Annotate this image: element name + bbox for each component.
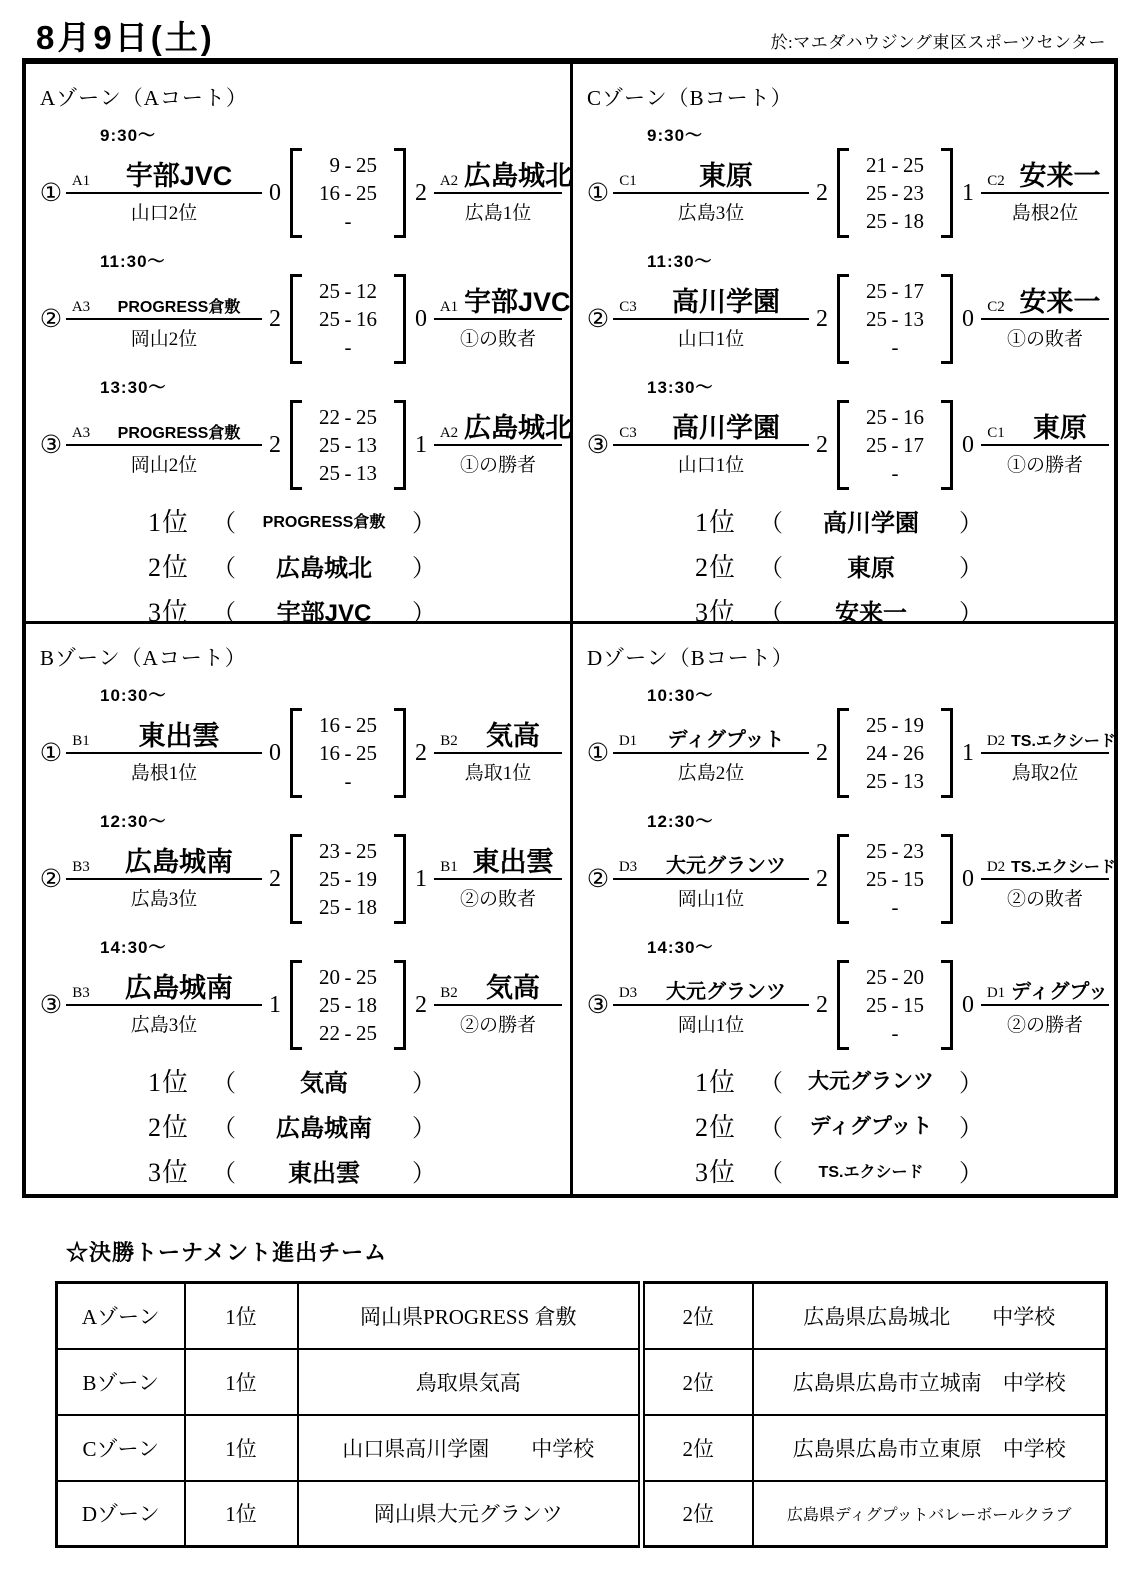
match-score-left: 2 xyxy=(809,180,835,207)
team-qualifier: ②の敗者 xyxy=(434,880,562,909)
set-score-dash: - xyxy=(340,865,356,893)
team-qualifier: 山口1位 xyxy=(613,446,809,475)
team-name: 高川学園 xyxy=(643,415,809,442)
set-score-right: 25 xyxy=(356,711,386,739)
set-score-right: 25 xyxy=(356,1019,386,1047)
match-row: ①B1東出雲島根1位016-2516-25-2B2気高鳥取1位 xyxy=(36,708,564,798)
match-number: ③ xyxy=(583,990,613,1020)
standing-rank: 2位 xyxy=(148,1107,212,1144)
set-score-right: 25 xyxy=(356,151,386,179)
set-score-left: 22 xyxy=(310,1019,340,1047)
paren-open-icon: （ xyxy=(212,1153,236,1188)
set-score-left: 25 xyxy=(857,837,887,865)
bracket-left-icon xyxy=(290,274,302,364)
set-score-left: 25 xyxy=(857,305,887,333)
team-code: D2 xyxy=(981,859,1011,876)
set-row: 25-13 xyxy=(857,767,933,795)
bracket-right-icon xyxy=(394,148,406,238)
standing-row: 1位（高川学園） xyxy=(695,502,1108,538)
set-row: 20-25 xyxy=(310,963,386,991)
set-score-left: 22 xyxy=(310,403,340,431)
team-name: 大元グランツ xyxy=(643,856,809,876)
match-number: ① xyxy=(583,738,613,768)
team-right: A2広島城北①の勝者 xyxy=(434,409,562,475)
paren-open-icon: （ xyxy=(759,593,783,622)
set-score-dash: - xyxy=(887,403,903,431)
standing-rank: 1位 xyxy=(148,502,212,539)
zone-panel-d: Dゾーン（Bコート）10:30～①D1ディグプット広島2位225-1924-26… xyxy=(570,621,1114,1194)
zone-title: Bゾーン（Aコート） xyxy=(40,642,564,672)
set-score-dash: - xyxy=(340,277,356,305)
team-underline: C2安来一 xyxy=(981,283,1109,320)
bracket-right-icon xyxy=(941,274,953,364)
set-score-right: 13 xyxy=(903,767,933,795)
match-score-left: 0 xyxy=(262,740,288,767)
set-score-dash: - xyxy=(340,305,356,333)
standing-row: 3位（東出雲） xyxy=(148,1152,564,1188)
match-score-left: 2 xyxy=(809,992,835,1019)
match-score-right: 0 xyxy=(408,306,434,333)
match-score-left: 0 xyxy=(262,180,288,207)
team-left: A1宇部JVC山口2位 xyxy=(66,157,262,223)
team-qualifier: ①の敗者 xyxy=(434,320,562,349)
team-left: A3PROGRESS倉敷岡山2位 xyxy=(66,283,262,349)
match-row: ②C3高川学園山口1位225-1725-13-0C2安来一①の敗者 xyxy=(583,274,1108,364)
paren-open-icon: （ xyxy=(759,1153,783,1188)
set-score-left: 16 xyxy=(310,711,340,739)
standing-row: 1位（大元グランツ） xyxy=(695,1062,1108,1098)
team-code: A2 xyxy=(434,425,464,442)
set-score-dash: - xyxy=(887,431,903,459)
paren-close-icon: ） xyxy=(959,1108,983,1143)
team-right: C2安来一島根2位 xyxy=(981,157,1109,223)
set-score-left: 25 xyxy=(857,431,887,459)
match-row: ②A3PROGRESS倉敷岡山2位225-1225-16-0A1宇部JVC①の敗… xyxy=(36,274,564,364)
match: 10:30～①B1東出雲島根1位016-2516-25-2B2気高鳥取1位 xyxy=(36,681,564,798)
zones-grid: Aゾーン（Aコート）9:30～①A1宇部JVC山口2位09-2516-25-2A… xyxy=(22,58,1118,1198)
paren-close-icon: ） xyxy=(959,1153,983,1188)
standing-rank: 1位 xyxy=(148,1062,212,1099)
bracket-left-icon xyxy=(837,274,849,364)
set-score-dash: - xyxy=(887,739,903,767)
team-name: ディグプット xyxy=(1011,982,1114,1002)
team-qualifier: 鳥取2位 xyxy=(981,754,1109,783)
team-right: A1宇部JVC①の敗者 xyxy=(434,283,562,349)
set-rows: 25-1924-2625-13 xyxy=(849,708,941,798)
match-row: ①C1東原広島3位221-2525-2325-181C2安来一島根2位 xyxy=(583,148,1108,238)
bracket-left-icon xyxy=(837,400,849,490)
qualifier-team2: 広島県広島城北 中学校 xyxy=(753,1283,1107,1349)
zone-title: Dゾーン（Bコート） xyxy=(587,642,1108,672)
qualifier-row-c: Cゾーン 1位 山口県高川学園 中学校 2位 広島県広島市立東原 中学校 xyxy=(57,1415,1107,1481)
match-score-right: 2 xyxy=(408,740,434,767)
team-code: C3 xyxy=(613,299,643,316)
set-score-dash: - xyxy=(340,431,356,459)
standing-row: 2位（広島城北） xyxy=(148,547,564,583)
set-score-left: 25 xyxy=(310,431,340,459)
set-score-dash: - xyxy=(340,1019,356,1047)
match-score-right: 0 xyxy=(955,866,981,893)
set-scores: 25-2325-15- xyxy=(837,834,953,924)
qualifier-rank1: 1位 xyxy=(185,1283,298,1349)
team-underline: A3PROGRESS倉敷 xyxy=(66,409,262,446)
set-rows: 25-1725-13- xyxy=(849,274,941,364)
set-score-right: 18 xyxy=(903,207,933,235)
set-row: 25-23 xyxy=(857,179,933,207)
zone-panel-a: Aゾーン（Aコート）9:30～①A1宇部JVC山口2位09-2516-25-2A… xyxy=(26,64,570,621)
match-row: ②D3大元グランツ岡山1位225-2325-15-0D2TS.エクシード②の敗者 xyxy=(583,834,1108,924)
match-time: 14:30～ xyxy=(100,933,564,958)
set-score-right: 26 xyxy=(903,739,933,767)
team-qualifier: 島根1位 xyxy=(66,754,262,783)
paren-close-icon: ） xyxy=(959,503,983,538)
team-code: D1 xyxy=(981,985,1011,1002)
match-number: ③ xyxy=(583,430,613,460)
set-scores: 22-2525-1325-13 xyxy=(290,400,406,490)
set-score-dash: - xyxy=(887,207,903,235)
qualifier-zone: Dゾーン xyxy=(57,1481,185,1547)
team-qualifier: 島根2位 xyxy=(981,194,1109,223)
team-underline: B2気高 xyxy=(434,717,562,754)
set-score-dash: - xyxy=(340,333,356,361)
match-number: ② xyxy=(583,864,613,894)
set-score-dash: - xyxy=(887,277,903,305)
set-score-right: 23 xyxy=(903,179,933,207)
set-row: 25-16 xyxy=(857,403,933,431)
team-right: D2TS.エクシード②の敗者 xyxy=(981,843,1109,909)
set-score-left xyxy=(310,333,340,361)
qualifier-rank1: 1位 xyxy=(185,1415,298,1481)
paren-close-icon: ） xyxy=(959,593,983,622)
set-score-right: 25 xyxy=(356,739,386,767)
paren-open-icon: （ xyxy=(212,503,236,538)
team-name: 気高 xyxy=(464,723,562,750)
set-score-dash: - xyxy=(887,991,903,1019)
team-name: 東出雲 xyxy=(96,723,262,750)
team-left: D3大元グランツ岡山1位 xyxy=(613,843,809,909)
team-code: B3 xyxy=(66,859,96,876)
team-right: D1ディグプット②の勝者 xyxy=(981,969,1109,1035)
qualifier-team2: 広島県広島市立城南 中学校 xyxy=(753,1349,1107,1415)
set-rows: 21-2525-2325-18 xyxy=(849,148,941,238)
standing-team: 広島城南 xyxy=(236,1108,412,1143)
set-score-dash: - xyxy=(887,151,903,179)
set-score-dash: - xyxy=(887,459,903,487)
set-score-right xyxy=(903,459,933,487)
bracket-right-icon xyxy=(941,708,953,798)
team-underline: C3高川学園 xyxy=(613,283,809,320)
qualifiers-table: Aゾーン 1位 岡山県PROGRESS 倉敷 2位 広島県広島城北 中学校 Bゾ… xyxy=(55,1281,1108,1548)
zone-standings: 1位（気高）2位（広島城南）3位（東出雲） xyxy=(36,1062,564,1188)
team-underline: D2TS.エクシード xyxy=(981,843,1109,880)
team-underline: D1ディグプット xyxy=(613,717,809,754)
team-name: 東原 xyxy=(1011,415,1109,442)
set-row: 25-13 xyxy=(310,431,386,459)
team-right: C1東原①の勝者 xyxy=(981,409,1109,475)
qualifier-row-b: Bゾーン 1位 鳥取県気高 2位 広島県広島市立城南 中学校 xyxy=(57,1349,1107,1415)
paren-close-icon: ） xyxy=(412,1063,436,1098)
set-score-dash: - xyxy=(887,837,903,865)
team-name: 気高 xyxy=(464,975,562,1002)
set-score-right: 18 xyxy=(356,991,386,1019)
match-row: ③A3PROGRESS倉敷岡山2位222-2525-1325-131A2広島城北… xyxy=(36,400,564,490)
match-time: 9:30～ xyxy=(647,121,1108,146)
set-scores: 25-2025-15- xyxy=(837,960,953,1050)
team-left: B1東出雲島根1位 xyxy=(66,717,262,783)
paren-open-icon: （ xyxy=(759,503,783,538)
team-code: C2 xyxy=(981,173,1011,190)
set-score-left xyxy=(857,459,887,487)
bracket-right-icon xyxy=(394,834,406,924)
team-code: B2 xyxy=(434,733,464,750)
match: 13:30～③C3高川学園山口1位225-1625-17-0C1東原①の勝者 xyxy=(583,373,1108,490)
team-qualifier: 山口1位 xyxy=(613,320,809,349)
set-rows: 25-1225-16- xyxy=(302,274,394,364)
set-score-dash: - xyxy=(340,767,356,795)
set-score-left: 25 xyxy=(310,305,340,333)
team-name: 宇部JVC xyxy=(96,163,262,190)
team-underline: B3広島城南 xyxy=(66,969,262,1006)
set-score-left: 9 xyxy=(310,151,340,179)
set-score-left: 23 xyxy=(310,837,340,865)
standing-team: 広島城北 xyxy=(236,548,412,583)
team-qualifier: ①の敗者 xyxy=(981,320,1109,349)
set-rows: 25-1625-17- xyxy=(849,400,941,490)
match-time: 12:30～ xyxy=(647,807,1108,832)
set-score-dash: - xyxy=(887,305,903,333)
set-score-right xyxy=(356,333,386,361)
team-underline: A3PROGRESS倉敷 xyxy=(66,283,262,320)
team-name: TS.エクシード xyxy=(1011,734,1114,750)
standing-team: 安来一 xyxy=(783,593,959,622)
team-underline: A1宇部JVC xyxy=(66,157,262,194)
zone-standings: 1位（大元グランツ）2位（ディグプット）3位（TS.エクシード） xyxy=(583,1062,1108,1188)
set-score-left xyxy=(857,893,887,921)
standing-team: ディグプット xyxy=(783,1110,959,1140)
set-score-dash: - xyxy=(887,1019,903,1047)
standing-team: PROGRESS倉敷 xyxy=(236,509,412,532)
set-score-left: 25 xyxy=(857,767,887,795)
team-right: A2広島城北広島1位 xyxy=(434,157,562,223)
team-underline: A2広島城北 xyxy=(434,157,562,194)
team-right: D2TS.エクシード鳥取2位 xyxy=(981,717,1109,783)
set-rows: 16-2516-25- xyxy=(302,708,394,798)
match-time: 11:30～ xyxy=(100,247,564,272)
zone-standings: 1位（高川学園）2位（東原）3位（安来一） xyxy=(583,502,1108,621)
standing-rank: 1位 xyxy=(695,1062,759,1099)
qualifier-team1: 岡山県大元グランツ xyxy=(298,1481,642,1547)
standing-row: 1位（PROGRESS倉敷） xyxy=(148,502,564,538)
set-score-left: 16 xyxy=(310,739,340,767)
team-underline: B3広島城南 xyxy=(66,843,262,880)
match-row: ③C3高川学園山口1位225-1625-17-0C1東原①の勝者 xyxy=(583,400,1108,490)
team-name: PROGRESS倉敷 xyxy=(96,426,262,442)
set-score-right: 17 xyxy=(903,431,933,459)
match: 14:30～③B3広島城南広島3位120-2525-1822-252B2気高②の… xyxy=(36,933,564,1050)
qualifier-team2: 広島県広島市立東原 中学校 xyxy=(753,1415,1107,1481)
qualifier-team1: 山口県高川学園 中学校 xyxy=(298,1415,642,1481)
team-name: 高川学園 xyxy=(643,289,809,316)
set-score-right xyxy=(903,333,933,361)
set-score-right xyxy=(356,767,386,795)
set-score-left xyxy=(310,207,340,235)
team-qualifier: 岡山2位 xyxy=(66,446,262,475)
set-score-right: 16 xyxy=(903,403,933,431)
set-score-right: 25 xyxy=(356,403,386,431)
match-number: ③ xyxy=(36,430,66,460)
team-underline: D3大元グランツ xyxy=(613,969,809,1006)
zone-panel-c: Cゾーン（Bコート）9:30～①C1東原広島3位221-2525-2325-18… xyxy=(570,64,1114,621)
team-underline: C1東原 xyxy=(613,157,809,194)
match-score-right: 1 xyxy=(955,740,981,767)
team-left: C3高川学園山口1位 xyxy=(613,409,809,475)
team-code: A2 xyxy=(434,173,464,190)
set-scores: 25-1924-2625-13 xyxy=(837,708,953,798)
match: 11:30～②A3PROGRESS倉敷岡山2位225-1225-16-0A1宇部… xyxy=(36,247,564,364)
set-row: - xyxy=(310,333,386,361)
team-qualifier: 山口2位 xyxy=(66,194,262,223)
team-qualifier: 広島3位 xyxy=(66,880,262,909)
set-score-left: 25 xyxy=(310,865,340,893)
qualifier-zone: Cゾーン xyxy=(57,1415,185,1481)
match-time: 10:30～ xyxy=(647,681,1108,706)
match: 10:30～①D1ディグプット広島2位225-1924-2625-131D2TS… xyxy=(583,681,1108,798)
set-score-dash: - xyxy=(887,711,903,739)
match-number: ② xyxy=(36,864,66,894)
standing-row: 1位（気高） xyxy=(148,1062,564,1098)
bracket-left-icon xyxy=(837,148,849,238)
team-underline: D3大元グランツ xyxy=(613,843,809,880)
team-name: TS.エクシード xyxy=(1011,860,1114,876)
match-score-right: 0 xyxy=(955,432,981,459)
qualifier-rank1: 1位 xyxy=(185,1481,298,1547)
team-name: 広島城南 xyxy=(96,975,262,1002)
set-score-dash: - xyxy=(340,963,356,991)
set-score-left: 25 xyxy=(857,963,887,991)
standing-team: TS.エクシード xyxy=(783,1159,959,1182)
set-score-dash: - xyxy=(340,893,356,921)
set-score-dash: - xyxy=(887,179,903,207)
set-score-dash: - xyxy=(340,403,356,431)
set-score-dash: - xyxy=(340,739,356,767)
match-score-left: 2 xyxy=(262,306,288,333)
team-underline: C2安来一 xyxy=(981,157,1109,194)
set-score-right: 20 xyxy=(903,963,933,991)
set-score-left: 25 xyxy=(310,459,340,487)
team-name: 大元グランツ xyxy=(643,982,809,1002)
set-score-left: 25 xyxy=(857,277,887,305)
standing-rank: 2位 xyxy=(695,1107,759,1144)
set-row: 9-25 xyxy=(310,151,386,179)
team-qualifier: 広島2位 xyxy=(613,754,809,783)
set-row: 25-18 xyxy=(310,893,386,921)
qualifiers-title: ☆決勝トーナメント進出チーム xyxy=(66,1236,1140,1267)
set-row: 25-17 xyxy=(857,277,933,305)
paren-open-icon: （ xyxy=(759,1108,783,1143)
set-row: 22-25 xyxy=(310,1019,386,1047)
set-rows: 25-2325-15- xyxy=(849,834,941,924)
team-code: A1 xyxy=(66,173,96,190)
set-row: 21-25 xyxy=(857,151,933,179)
set-score-right: 13 xyxy=(356,431,386,459)
team-right: B1東出雲②の敗者 xyxy=(434,843,562,909)
standing-row: 3位（宇部JVC） xyxy=(148,592,564,621)
set-row: 25-13 xyxy=(857,305,933,333)
paren-open-icon: （ xyxy=(759,1063,783,1098)
team-qualifier: ②の勝者 xyxy=(981,1006,1109,1035)
set-score-left: 24 xyxy=(857,739,887,767)
paren-close-icon: ） xyxy=(412,548,436,583)
set-score-right xyxy=(903,1019,933,1047)
match-number: ① xyxy=(36,178,66,208)
set-score-left: 20 xyxy=(310,963,340,991)
qualifier-rank2: 2位 xyxy=(642,1283,753,1349)
team-underline: A2広島城北 xyxy=(434,409,562,446)
team-name: PROGRESS倉敷 xyxy=(96,300,262,316)
set-scores: 23-2525-1925-18 xyxy=(290,834,406,924)
set-score-right: 19 xyxy=(903,711,933,739)
team-code: C1 xyxy=(613,173,643,190)
match-score-right: 0 xyxy=(955,992,981,1019)
qualifier-rank2: 2位 xyxy=(642,1481,753,1547)
team-left: C3高川学園山口1位 xyxy=(613,283,809,349)
bracket-left-icon xyxy=(837,708,849,798)
set-score-left: 25 xyxy=(857,865,887,893)
match: 12:30～②B3広島城南広島3位223-2525-1925-181B1東出雲②… xyxy=(36,807,564,924)
set-rows: 22-2525-1325-13 xyxy=(302,400,394,490)
set-score-left: 25 xyxy=(310,991,340,1019)
set-row: 25-23 xyxy=(857,837,933,865)
team-name: ディグプット xyxy=(643,730,809,750)
qualifier-team2: 広島県ディグプットバレーボールクラブ xyxy=(753,1481,1107,1547)
set-score-dash: - xyxy=(340,207,356,235)
set-row: 25-15 xyxy=(857,991,933,1019)
team-left: B3広島城南広島3位 xyxy=(66,969,262,1035)
match-score-left: 2 xyxy=(262,866,288,893)
team-qualifier: 岡山1位 xyxy=(613,880,809,909)
team-code: D1 xyxy=(613,733,643,750)
paren-open-icon: （ xyxy=(212,1063,236,1098)
zone-title: Aゾーン（Aコート） xyxy=(40,82,564,112)
team-code: C2 xyxy=(981,299,1011,316)
team-qualifier: 岡山2位 xyxy=(66,320,262,349)
set-score-dash: - xyxy=(340,991,356,1019)
match-score-left: 2 xyxy=(809,740,835,767)
match: 14:30～③D3大元グランツ岡山1位225-2025-15-0D1ディグプット… xyxy=(583,933,1108,1050)
set-row: 16-25 xyxy=(310,711,386,739)
standing-rank: 3位 xyxy=(695,592,759,622)
paren-open-icon: （ xyxy=(212,548,236,583)
set-score-right: 23 xyxy=(903,837,933,865)
set-score-right: 15 xyxy=(903,991,933,1019)
set-score-right: 25 xyxy=(356,179,386,207)
match-score-right: 0 xyxy=(955,306,981,333)
set-score-right xyxy=(903,893,933,921)
match-time: 9:30～ xyxy=(100,121,564,146)
paren-close-icon: ） xyxy=(412,1108,436,1143)
team-qualifier: ①の勝者 xyxy=(434,446,562,475)
team-code: B2 xyxy=(434,985,464,1002)
bracket-left-icon xyxy=(290,834,302,924)
set-score-right: 15 xyxy=(903,865,933,893)
team-name: 宇部JVC xyxy=(464,289,570,316)
team-qualifier: ①の勝者 xyxy=(981,446,1109,475)
team-name: 東出雲 xyxy=(464,849,562,876)
standing-team: 東原 xyxy=(783,548,959,583)
match-score-right: 1 xyxy=(955,180,981,207)
set-row: - xyxy=(857,893,933,921)
set-score-left xyxy=(857,333,887,361)
